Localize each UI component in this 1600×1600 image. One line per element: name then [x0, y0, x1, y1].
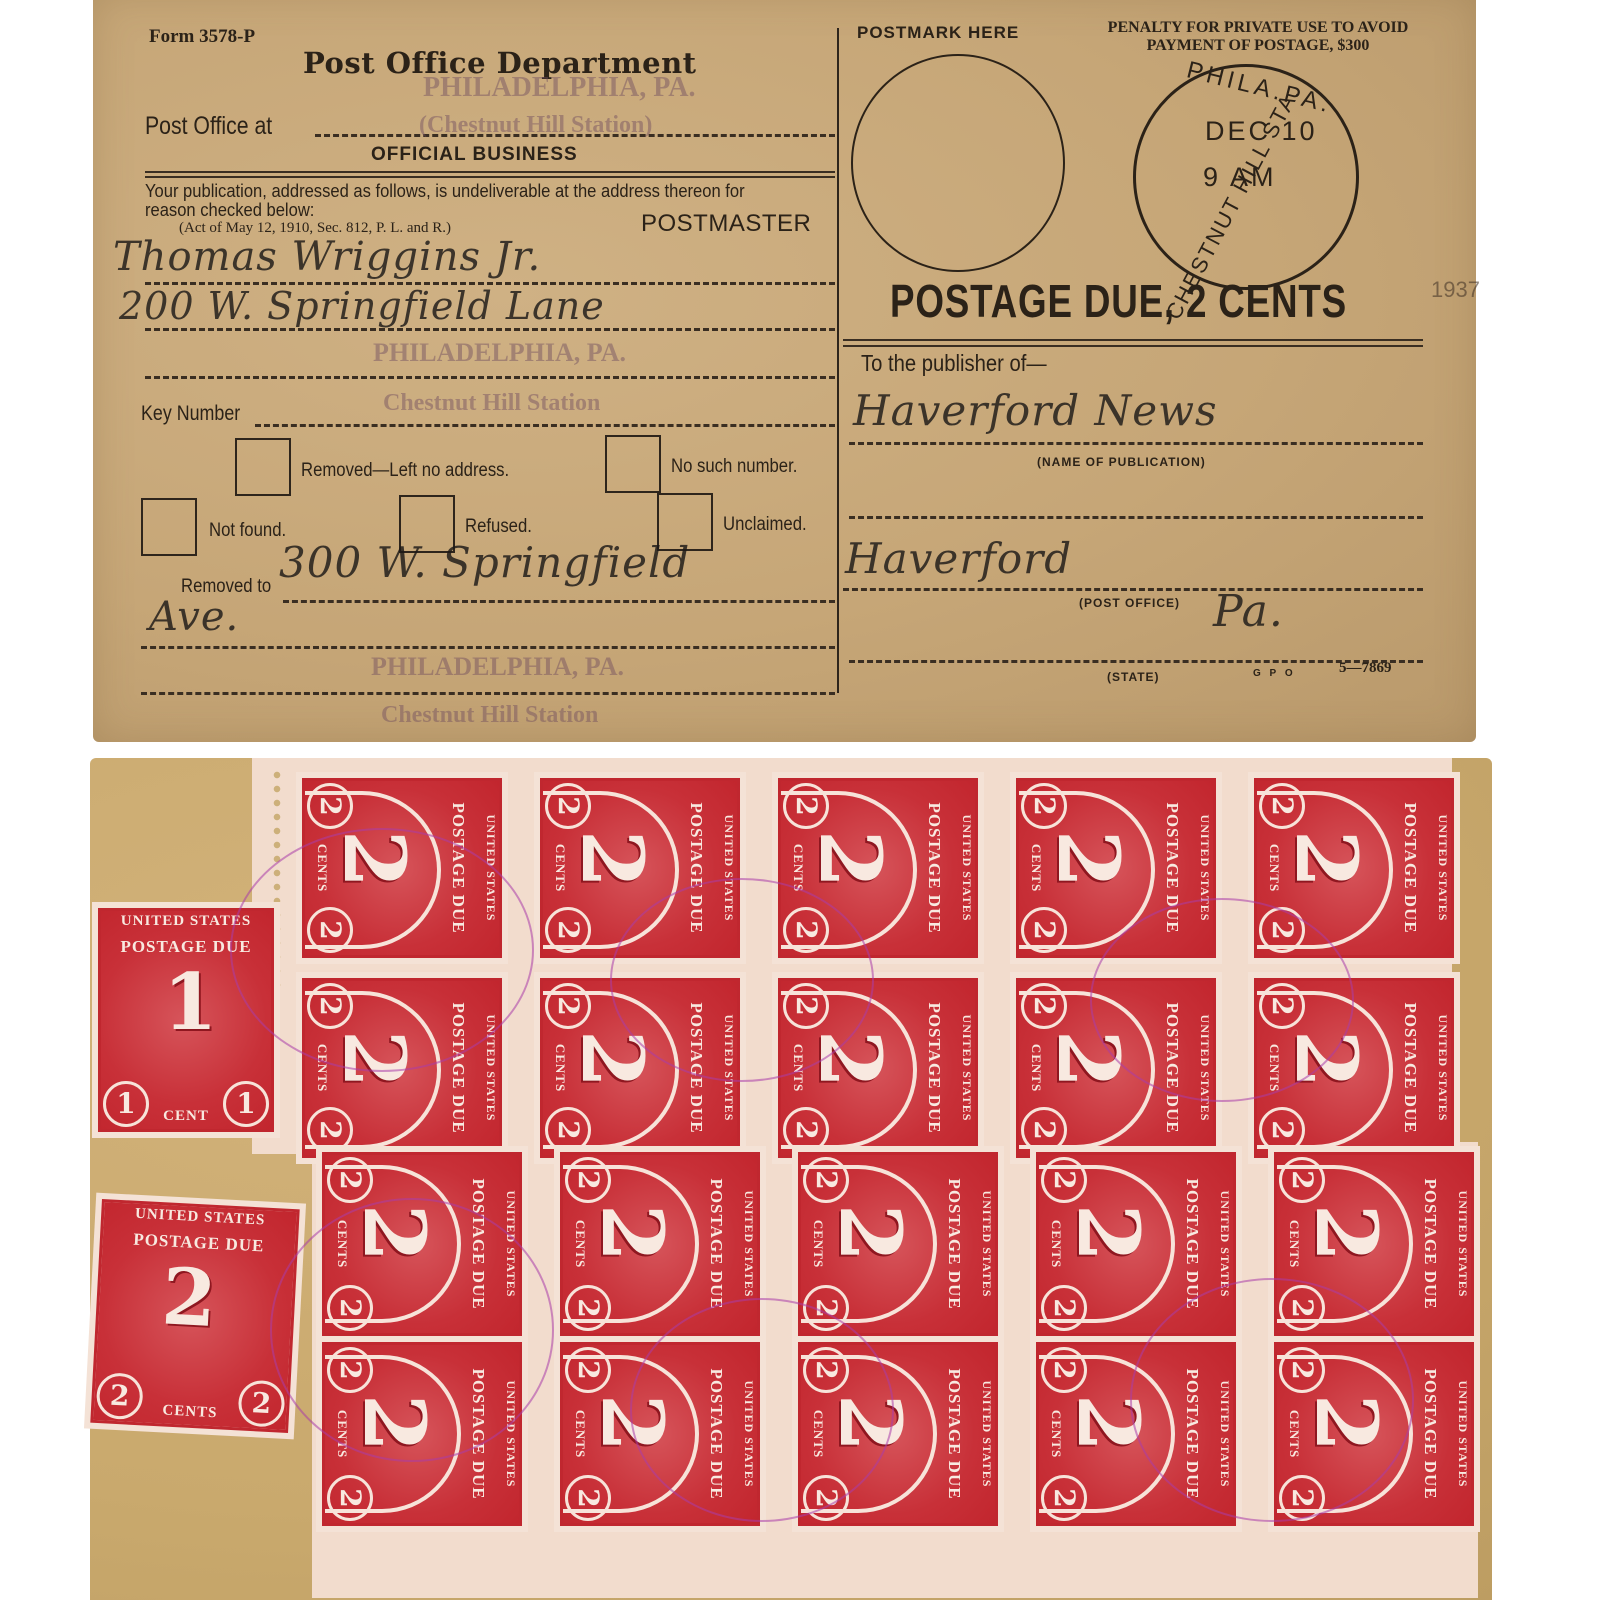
stamp-corner-numeral: 2: [307, 983, 353, 1029]
reason-not-found: Not found.: [209, 520, 286, 542]
stamp-corner-numeral: 2: [307, 907, 353, 953]
postage-due-stamp-2-cents: 2 2 2 UNITED STATES POSTAGE DUE CENTS: [1010, 972, 1222, 1164]
handwritten-removed-to-2[interactable]: Ave.: [149, 594, 239, 640]
stamp-type: POSTAGE DUE: [924, 802, 944, 933]
faded-station-stamp-3: Chestnut Hill Station: [381, 702, 598, 729]
stamp-unit: CENTS: [1028, 1044, 1044, 1092]
stamp-corner-numeral: 2: [1279, 1285, 1325, 1331]
checkbox-not-found[interactable]: [141, 498, 197, 556]
stamp-frame: 2 2 2 UNITED STATES POSTAGE DUE CENTS: [798, 1152, 998, 1336]
stamp-center-numeral: 2: [1046, 1030, 1130, 1088]
stamp-corner-numeral: 2: [1021, 907, 1067, 953]
stamp-frame: 2 2 2 UNITED STATES POSTAGE DUE CENTS: [302, 778, 502, 958]
postage-due-heading: POSTAGE DUE, 2 CENTS: [890, 274, 1347, 328]
stamp-type: POSTAGE DUE: [468, 1178, 488, 1309]
stamp-frame: 2 2 2 UNITED STATES POSTAGE DUE CENTS: [778, 778, 978, 958]
stamp-type: POSTAGE DUE: [686, 802, 706, 933]
stamp-center-numeral: 2: [590, 1394, 674, 1452]
stamp-corner-numeral: 2: [803, 1347, 849, 1393]
penalty-line-2: PAYMENT OF POSTAGE, $300: [1093, 37, 1423, 55]
stamp-type: POSTAGE DUE: [1182, 1178, 1202, 1309]
stamp-unit: CENTS: [1266, 1044, 1282, 1092]
postage-due-stamp-2-cents: 2 2 2 UNITED STATES POSTAGE DUE CENTS: [316, 1146, 528, 1342]
stamp-center-numeral: 2: [808, 830, 892, 888]
stamp-frame: 2 2 2 UNITED STATES POSTAGE DUE CENTS: [1254, 978, 1454, 1158]
vertical-divider: [837, 28, 839, 693]
handwritten-removed-to[interactable]: 300 W. Springfield: [279, 538, 690, 587]
stamp-center-numeral: 2: [352, 1204, 436, 1262]
stamp-corner-numeral: 2: [1279, 1347, 1325, 1393]
stamp-country: UNITED STATES: [1217, 1381, 1232, 1488]
stamp-corner-numeral: 2: [1041, 1157, 1087, 1203]
stamp-country: UNITED STATES: [1455, 1381, 1470, 1488]
stamp-type: POSTAGE DUE: [686, 1002, 706, 1133]
stamp-corner-numeral: 2: [565, 1285, 611, 1331]
stamp-frame: 2 2 2 UNITED STATES POSTAGE DUE CENTS: [302, 978, 502, 1158]
stamp-frame: 2 2 2 UNITED STATES POSTAGE DUE CENTS: [560, 1342, 760, 1526]
form-number: Form 3578-P: [149, 26, 255, 48]
stamp-country: UNITED STATES: [483, 815, 498, 922]
stamp-corner-numeral: 2: [1259, 983, 1305, 1029]
stamp-country: UNITED STATES: [1197, 815, 1212, 922]
stamp-unit: CENTS: [790, 1044, 806, 1092]
stamp-corner-numeral: 2: [327, 1285, 373, 1331]
removed-to-line-3: [141, 692, 835, 695]
key-number-label: Key Number: [141, 402, 240, 426]
stamp-country: UNITED STATES: [1455, 1191, 1470, 1298]
stamp-unit: CENTS: [790, 844, 806, 892]
stamp-unit: CENTS: [552, 1044, 568, 1092]
stamp-unit: CENTS: [552, 844, 568, 892]
postmark-here-label: POSTMARK HERE: [857, 23, 1019, 43]
removed-to-line-2: [141, 646, 835, 649]
stamp-unit: CENTS: [1266, 844, 1282, 892]
stamp-type: POSTAGE DUE: [1182, 1368, 1202, 1499]
stamp-country: UNITED STATES: [959, 1015, 974, 1122]
stamp-type: POSTAGE DUE: [1420, 1368, 1440, 1499]
stamp-frame: 2 2 2 UNITED STATES POSTAGE DUE CENTS: [540, 978, 740, 1158]
stamp-corner-numeral: 2: [803, 1475, 849, 1521]
printer-mark: G P O: [1253, 668, 1296, 679]
state-line: [849, 660, 1423, 663]
rule: [145, 171, 835, 173]
postage-due-stamp-2-cents: 2 2 2 UNITED STATES POSTAGE DUE CENTS: [296, 972, 508, 1164]
stamp-country: UNITED STATES: [503, 1381, 518, 1488]
stamp-corner-numeral: 2: [545, 783, 591, 829]
postal-card-front: Form 3578-P Post Office Department PHILA…: [93, 0, 1476, 742]
postage-due-stamp-2-cents: 2 2 2 UNITED STATES POSTAGE DUE CENTS: [534, 972, 746, 1164]
stamp-center-numeral: 2: [1046, 830, 1130, 888]
reason-no-such-number: No such number.: [671, 456, 797, 478]
stamp-frame: 2 2 2 UNITED STATES POSTAGE DUE CENTS: [1274, 1152, 1474, 1336]
stamp-frame: 2 2 2 UNITED STATES POSTAGE DUE CENTS: [322, 1342, 522, 1526]
stamp-center-numeral: 2: [570, 1030, 654, 1088]
stamp-center-numeral: 2: [1066, 1394, 1150, 1452]
rule: [145, 176, 835, 178]
official-business-label: OFFICIAL BUSINESS: [371, 144, 578, 166]
stamp-corner-numeral: 2: [327, 1475, 373, 1521]
stamp-unit: CENTS: [572, 1410, 588, 1458]
postage-due-stamp-2-cents: 2 2 2 UNITED STATES POSTAGE DUE CENTS: [1268, 1146, 1480, 1342]
stamp-corner-numeral: 2: [1021, 983, 1067, 1029]
stamp-country: UNITED STATES: [979, 1381, 994, 1488]
stamp-corner-numeral: 2: [1279, 1157, 1325, 1203]
stamp-country: UNITED STATES: [503, 1191, 518, 1298]
stamp-corner-numeral: 2: [1259, 783, 1305, 829]
stamp-unit: CENTS: [810, 1410, 826, 1458]
stamp-center-numeral: 2: [352, 1394, 436, 1452]
stamp-frame: 2 2 2 UNITED STATES POSTAGE DUE CENTS: [322, 1152, 522, 1336]
stamp-type: POSTAGE DUE: [1400, 1002, 1420, 1133]
form-print-number: 5—7869: [1339, 660, 1392, 677]
stamp-corner-numeral: 2: [565, 1347, 611, 1393]
stamp-unit: CENTS: [1048, 1410, 1064, 1458]
stamp-corner-numeral: 2: [327, 1157, 373, 1203]
removed-to-line: [283, 600, 835, 603]
stamp-corner-numeral: 2: [783, 907, 829, 953]
stamp-country: UNITED STATES: [1197, 1015, 1212, 1122]
faded-city-stamp-3: PHILADELPHIA, PA.: [371, 652, 624, 682]
postage-due-stamp-1-cent: UNITED STATESPOSTAGE DUE111CENT: [92, 902, 280, 1138]
checkbox-removed-no-address[interactable]: [235, 438, 291, 496]
cancel-year: 1937: [1431, 277, 1480, 303]
postage-due-stamp-2-cents: 2 2 2 UNITED STATES POSTAGE DUE CENTS: [1268, 1336, 1480, 1532]
stamp-center-numeral: 2: [332, 1030, 416, 1088]
stamp-unit: CENTS: [810, 1220, 826, 1268]
stamp-center-numeral: 1: [163, 961, 217, 1045]
reason-removed-no-address: Removed—Left no address.: [301, 460, 509, 482]
reason-refused: Refused.: [465, 516, 532, 538]
stamp-unit: CENTS: [1286, 1410, 1302, 1458]
stamp-corner-numeral: 2: [783, 983, 829, 1029]
postage-due-stamp-2-cents: 2 2 2 UNITED STATES POSTAGE DUE CENTS: [1010, 772, 1222, 964]
postage-due-stamp-2-cents: 2 2 2 UNITED STATES POSTAGE DUE CENTS: [534, 772, 746, 964]
stamp-type: POSTAGE DUE: [944, 1178, 964, 1309]
stamp-type: POSTAGE DUE: [468, 1368, 488, 1499]
stamp-corner-numeral: 2: [803, 1157, 849, 1203]
stamp-type: POSTAGE DUE: [706, 1178, 726, 1309]
stamp-frame: 2 2 2 UNITED STATES POSTAGE DUE CENTS: [560, 1152, 760, 1336]
postage-due-stamp-2-cents: 2 2 2 UNITED STATES POSTAGE DUE CENTS: [772, 772, 984, 964]
stamp-frame: 2 2 2 UNITED STATES POSTAGE DUE CENTS: [1254, 778, 1454, 958]
postage-due-stamp-2-cents: 2 2 2 UNITED STATES POSTAGE DUE CENTS: [316, 1336, 528, 1532]
postal-card-back: 2 2 2 UNITED STATES POSTAGE DUE CENTS 2 …: [90, 758, 1492, 1600]
stamp-corner-numeral: 2: [565, 1157, 611, 1203]
postage-due-stamp-2-cents: 2 2 2 UNITED STATES POSTAGE DUE CENTS: [1248, 772, 1460, 964]
post-office-line-right: [843, 588, 1423, 591]
checkbox-no-such-number[interactable]: [605, 435, 661, 493]
stamp-frame: 2 2 2 UNITED STATES POSTAGE DUE CENTS: [1016, 778, 1216, 958]
stamp-center-numeral: 2: [1304, 1204, 1388, 1262]
name-of-publication-caption: (NAME OF PUBLICATION): [1037, 455, 1206, 469]
reason-unclaimed: Unclaimed.: [723, 514, 807, 536]
stamp-type: POSTAGE DUE: [924, 1002, 944, 1133]
stamp-corner-numeral: 2: [1259, 907, 1305, 953]
publication-line: [849, 442, 1423, 445]
stamp-frame: 2 2 2 UNITED STATES POSTAGE DUE CENTS: [1036, 1152, 1236, 1336]
stamp-corner-numeral: 2: [783, 783, 829, 829]
stamp-frame: UNITED STATESPOSTAGE DUE222CENTS: [90, 1199, 299, 1433]
faded-city-stamp-2: PHILADELPHIA, PA.: [373, 338, 626, 368]
stamp-corner-numeral: 2: [1041, 1475, 1087, 1521]
stamp-unit: CENT: [101, 1108, 271, 1125]
stamp-center-numeral: 2: [1284, 1030, 1368, 1088]
postage-due-stamp-2-cents: 2 2 2 UNITED STATES POSTAGE DUE CENTS: [1030, 1336, 1242, 1532]
faded-station-stamp-2: Chestnut Hill Station: [383, 390, 600, 417]
postage-due-stamp-2-cents: 2 2 2 UNITED STATES POSTAGE DUE CENTS: [296, 772, 508, 964]
stamp-corner-numeral: 2: [1041, 1347, 1087, 1393]
stamp-unit: CENTS: [314, 1044, 330, 1092]
stamp-country: UNITED STATES: [721, 1015, 736, 1122]
state-caption: (STATE): [1107, 670, 1160, 684]
post-office-caption: (POST OFFICE): [1079, 596, 1180, 610]
stamp-frame: UNITED STATESPOSTAGE DUE111CENT: [98, 908, 274, 1132]
stamp-type: POSTAGE DUE: [1162, 802, 1182, 933]
stamp-country: UNITED STATES: [721, 815, 736, 922]
stamp-corner-numeral: 2: [307, 783, 353, 829]
penalty-notice: PENALTY FOR PRIVATE USE TO AVOID PAYMENT…: [1093, 19, 1423, 55]
address-line-3: [145, 376, 835, 379]
stamp-country: UNITED STATES: [1435, 1015, 1450, 1122]
handwritten-post-office[interactable]: Haverford: [845, 534, 1072, 583]
penalty-line-1: PENALTY FOR PRIVATE USE TO AVOID: [1093, 19, 1423, 37]
stamp-country: UNITED STATES: [1217, 1191, 1232, 1298]
handwritten-publication-name[interactable]: Haverford News: [853, 386, 1218, 435]
faded-station-stamp: (Chestnut Hill Station): [419, 112, 652, 139]
stamp-type: POSTAGE DUE: [1162, 1002, 1182, 1133]
publication-line-2: [849, 516, 1423, 519]
rule: [843, 339, 1423, 341]
stamp-type: POSTAGE DUE: [1420, 1178, 1440, 1309]
stamp-country: UNITED STATES: [104, 1204, 297, 1231]
stamp-center-numeral: 2: [828, 1394, 912, 1452]
publisher-label: To the publisher of—: [861, 350, 1047, 377]
stamp-country: UNITED STATES: [979, 1191, 994, 1298]
stamp-center-numeral: 2: [828, 1204, 912, 1262]
stamp-frame: 2 2 2 UNITED STATES POSTAGE DUE CENTS: [1036, 1342, 1236, 1526]
stamp-corner-numeral: 2: [327, 1347, 373, 1393]
stamp-center-numeral: 2: [808, 1030, 892, 1088]
stamp-center-numeral: 2: [160, 1255, 219, 1342]
stamp-center-numeral: 2: [590, 1204, 674, 1262]
postmark-circle: [851, 54, 1065, 272]
postage-due-stamp-2-cents: 2 2 2 UNITED STATES POSTAGE DUE CENTS: [772, 972, 984, 1164]
stamp-unit: CENTS: [314, 844, 330, 892]
stamp-frame: 2 2 2 UNITED STATES POSTAGE DUE CENTS: [798, 1342, 998, 1526]
handwritten-addressee-name[interactable]: Thomas Wriggins Jr.: [113, 234, 541, 280]
postage-due-stamp-2-cents: 2 2 2 UNITED STATES POSTAGE DUE CENTS: [792, 1336, 1004, 1532]
stamp-center-numeral: 2: [1066, 1204, 1150, 1262]
stamp-type: POSTAGE DUE: [944, 1368, 964, 1499]
stamp-center-numeral: 2: [1284, 830, 1368, 888]
stamp-corner-numeral: 2: [545, 907, 591, 953]
stamp-country: UNITED STATES: [101, 913, 271, 930]
postmaster-label: POSTMASTER: [641, 210, 811, 238]
stamp-frame: 2 2 2 UNITED STATES POSTAGE DUE CENTS: [1016, 978, 1216, 1158]
stamp-center-numeral: 2: [1304, 1394, 1388, 1452]
handwritten-addressee-street[interactable]: 200 W. Springfield Lane: [119, 284, 605, 328]
postage-due-stamp-2-cents: 2 2 2 UNITED STATES POSTAGE DUE CENTS: [792, 1146, 1004, 1342]
stamp-center-numeral: 2: [332, 830, 416, 888]
stamp-type: POSTAGE DUE: [448, 1002, 468, 1133]
postage-due-stamp-2-cents: 2 2 2 UNITED STATES POSTAGE DUE CENTS: [554, 1146, 766, 1342]
stamp-corner-numeral: 2: [1021, 783, 1067, 829]
stamp-type: POSTAGE DUE: [101, 937, 271, 957]
stamp-unit: CENTS: [334, 1220, 350, 1268]
stamp-unit: CENTS: [572, 1220, 588, 1268]
post-office-at-label: Post Office at: [145, 112, 272, 141]
postage-due-stamp-2-cents: 2 2 2 UNITED STATES POSTAGE DUE CENTS: [554, 1336, 766, 1532]
stamp-type: POSTAGE DUE: [706, 1368, 726, 1499]
stamp-unit: CENTS: [1028, 844, 1044, 892]
stamp-country: UNITED STATES: [1435, 815, 1450, 922]
rule: [843, 345, 1423, 347]
postage-due-stamp-2-cents: 2 2 2 UNITED STATES POSTAGE DUE CENTS: [1248, 972, 1460, 1164]
address-line-2: [145, 328, 835, 331]
stamp-country: UNITED STATES: [741, 1191, 756, 1298]
stamp-corner-numeral: 2: [803, 1285, 849, 1331]
stamp-corner-numeral: 2: [565, 1475, 611, 1521]
handwritten-state[interactable]: Pa.: [1213, 586, 1284, 637]
stamp-corner-numeral: 2: [545, 983, 591, 1029]
stamp-frame: 2 2 2 UNITED STATES POSTAGE DUE CENTS: [778, 978, 978, 1158]
stamp-type: POSTAGE DUE: [1400, 802, 1420, 933]
faded-city-stamp: PHILADELPHIA, PA.: [423, 72, 696, 104]
stamp-frame: 2 2 2 UNITED STATES POSTAGE DUE CENTS: [540, 778, 740, 958]
stamp-country: UNITED STATES: [483, 1015, 498, 1122]
stamp-type: POSTAGE DUE: [448, 802, 468, 933]
stamp-unit: CENTS: [334, 1410, 350, 1458]
stamp-corner-numeral: 2: [1041, 1285, 1087, 1331]
postage-due-stamp-2-cents: 2 2 2 UNITED STATES POSTAGE DUE CENTS: [1030, 1146, 1242, 1342]
stamp-center-numeral: 2: [570, 830, 654, 888]
key-number-line: [255, 424, 835, 427]
stamp-frame: 2 2 2 UNITED STATES POSTAGE DUE CENTS: [1274, 1342, 1474, 1526]
stamp-unit: CENTS: [1048, 1220, 1064, 1268]
postage-due-stamp-2-cents: UNITED STATESPOSTAGE DUE222CENTS: [84, 1193, 306, 1440]
stamp-country: UNITED STATES: [741, 1381, 756, 1488]
stamp-country: UNITED STATES: [959, 815, 974, 922]
stamp-corner-numeral: 2: [1279, 1475, 1325, 1521]
stamp-unit: CENTS: [1286, 1220, 1302, 1268]
